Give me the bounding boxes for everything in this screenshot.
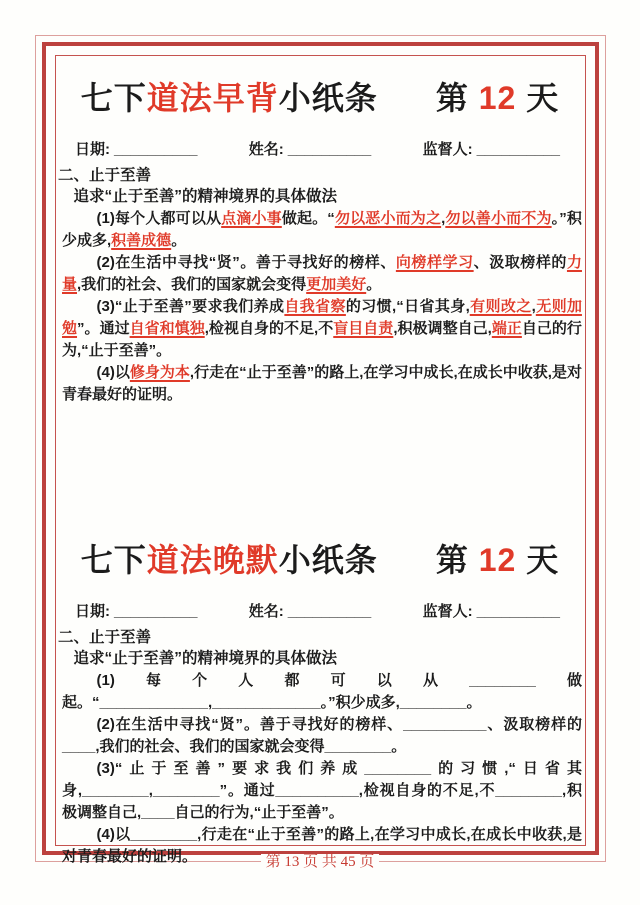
section-title: 七下道法早背小纸条 第 12 天 bbox=[58, 78, 582, 118]
paragraph: (3)“止于至善”要求我们养成自我省察的习惯,“日省其身,有则改之,无则加勉”。… bbox=[62, 296, 582, 362]
field-label: 监督人: bbox=[423, 603, 473, 620]
text-segment: 。 bbox=[366, 276, 381, 293]
text-segment: 的习惯,“日省其身, bbox=[346, 298, 470, 315]
field-blank: __________ bbox=[288, 141, 371, 158]
section-title: 七下道法晚默小纸条 第 12 天 bbox=[58, 540, 582, 580]
day-suffix: 天 bbox=[516, 542, 559, 578]
paragraph: (1)每个人都可以从点滴小事做起。“勿以恶小而为之,勿以善小而不为。”积少成多,… bbox=[62, 208, 582, 252]
day-prefix: 第 bbox=[436, 80, 479, 116]
field-blank: __________ bbox=[288, 603, 371, 620]
worksheet-section: 七下道法早背小纸条 第 12 天 日期:__________姓名:_______… bbox=[58, 57, 582, 406]
key-term-highlight: 自省和慎独 bbox=[130, 320, 205, 337]
key-term-highlight: 有则改之 bbox=[470, 298, 532, 315]
text-segment: (2)在生活中寻找“贤”。善于寻找好的榜样、__________、汲取榜样的__… bbox=[62, 716, 582, 755]
key-term-highlight: 积善成德 bbox=[111, 232, 171, 249]
paragraph: (3)“止于至善”要求我们养成________的习惯,“日省其身,_______… bbox=[62, 758, 582, 824]
key-term-highlight: 修身为本 bbox=[130, 364, 190, 381]
text-segment: 做起。“ bbox=[282, 210, 335, 227]
section-subheading: 追求“止于至善”的精神境界的具体做法 bbox=[58, 648, 582, 670]
title-main: 七下道法晚默小纸条 bbox=[81, 540, 378, 580]
text-segment: (1)每个人都可以从 bbox=[97, 210, 222, 227]
text-segment: (1)每个人都可以从________做起。“_____________,____… bbox=[62, 672, 582, 711]
text-segment: ,积极调整自己, bbox=[393, 320, 491, 337]
title-suffix: 小纸条 bbox=[279, 80, 378, 116]
header-fields: 日期:__________姓名:__________监督人:__________ bbox=[58, 140, 582, 160]
field-label: 日期: bbox=[75, 603, 110, 620]
section-heading: 二、止于至善 bbox=[58, 627, 582, 648]
title-prefix: 七下 bbox=[81, 80, 147, 116]
paragraph: (4)以修身为本,行走在“止于至善”的路上,在学习中成长,在成长中收获,是对青春… bbox=[62, 362, 582, 406]
field-label: 日期: bbox=[75, 141, 110, 158]
header-field: 日期:__________ bbox=[75, 602, 197, 622]
key-term-highlight: 端正 bbox=[492, 320, 522, 337]
page-footer: 第 13 页 共 45 页 bbox=[0, 854, 640, 871]
day-suffix: 天 bbox=[516, 80, 559, 116]
key-term-highlight: 更加美好 bbox=[306, 276, 366, 293]
section-heading: 二、止于至善 bbox=[58, 165, 582, 186]
field-blank: __________ bbox=[114, 603, 197, 620]
text-segment: (3)“止于至善”要求我们养成________的习惯,“日省其身,_______… bbox=[62, 760, 582, 821]
header-field: 姓名:__________ bbox=[249, 140, 371, 160]
key-term-highlight: 勿以恶小而为之 bbox=[335, 210, 441, 227]
page-number-text: 第 13 页 共 45 页 bbox=[261, 854, 380, 870]
field-label: 姓名: bbox=[249, 603, 284, 620]
field-blank: __________ bbox=[114, 141, 197, 158]
text-segment: 、汲取榜样的 bbox=[474, 254, 567, 271]
title-main: 七下道法早背小纸条 bbox=[81, 78, 378, 118]
title-day: 第 12 天 bbox=[436, 540, 559, 580]
content-area: 七下道法早背小纸条 第 12 天 日期:__________姓名:_______… bbox=[58, 55, 582, 855]
text-segment: ”。通过 bbox=[77, 320, 130, 337]
key-term-highlight: 盲目自责 bbox=[333, 320, 393, 337]
title-prefix: 七下 bbox=[81, 542, 147, 578]
title-day: 第 12 天 bbox=[436, 78, 559, 118]
key-term-highlight: 向榜样学习 bbox=[396, 254, 474, 271]
field-blank: __________ bbox=[477, 603, 560, 620]
header-field: 监督人:__________ bbox=[423, 140, 560, 160]
key-term-highlight: 勿以善小而不为 bbox=[445, 210, 551, 227]
paragraph: (1)每个人都可以从________做起。“_____________,____… bbox=[62, 670, 582, 714]
header-field: 日期:__________ bbox=[75, 140, 197, 160]
paragraph: (2)在生活中寻找“贤”。善于寻找好的榜样、__________、汲取榜样的__… bbox=[62, 714, 582, 758]
title-highlight: 道法晚默 bbox=[147, 542, 279, 578]
field-blank: __________ bbox=[477, 141, 560, 158]
header-fields: 日期:__________姓名:__________监督人:__________ bbox=[58, 602, 582, 622]
field-label: 姓名: bbox=[249, 141, 284, 158]
text-segment: 。 bbox=[171, 232, 186, 249]
text-segment: ,我们的社会、我们的国家就会变得 bbox=[77, 276, 306, 293]
text-segment: ,检视自身的不足,不 bbox=[205, 320, 334, 337]
day-number: 12 bbox=[479, 80, 517, 116]
field-label: 监督人: bbox=[423, 141, 473, 158]
section-subheading: 追求“止于至善”的精神境界的具体做法 bbox=[58, 186, 582, 208]
text-segment: (3)“止于至善”要求我们养成 bbox=[97, 298, 285, 315]
title-suffix: 小纸条 bbox=[279, 542, 378, 578]
worksheet-section: 七下道法晚默小纸条 第 12 天 日期:__________姓名:_______… bbox=[58, 519, 582, 868]
paragraph: (2)在生活中寻找“贤”。善于寻找好的榜样、向榜样学习、汲取榜样的力量,我们的社… bbox=[62, 252, 582, 296]
day-prefix: 第 bbox=[436, 542, 479, 578]
header-field: 监督人:__________ bbox=[423, 602, 560, 622]
paragraphs: (1)每个人都可以从点滴小事做起。“勿以恶小而为之,勿以善小而不为。”积少成多,… bbox=[58, 208, 582, 406]
paragraphs: (1)每个人都可以从________做起。“_____________,____… bbox=[58, 670, 582, 868]
text-segment: (2)在生活中寻找“贤”。善于寻找好的榜样、 bbox=[97, 254, 396, 271]
header-field: 姓名:__________ bbox=[249, 602, 371, 622]
text-segment: (4)以 bbox=[97, 364, 130, 381]
key-term-highlight: 自我省察 bbox=[284, 298, 346, 315]
title-highlight: 道法早背 bbox=[147, 80, 279, 116]
day-number: 12 bbox=[479, 542, 517, 578]
key-term-highlight: 点滴小事 bbox=[221, 210, 282, 227]
